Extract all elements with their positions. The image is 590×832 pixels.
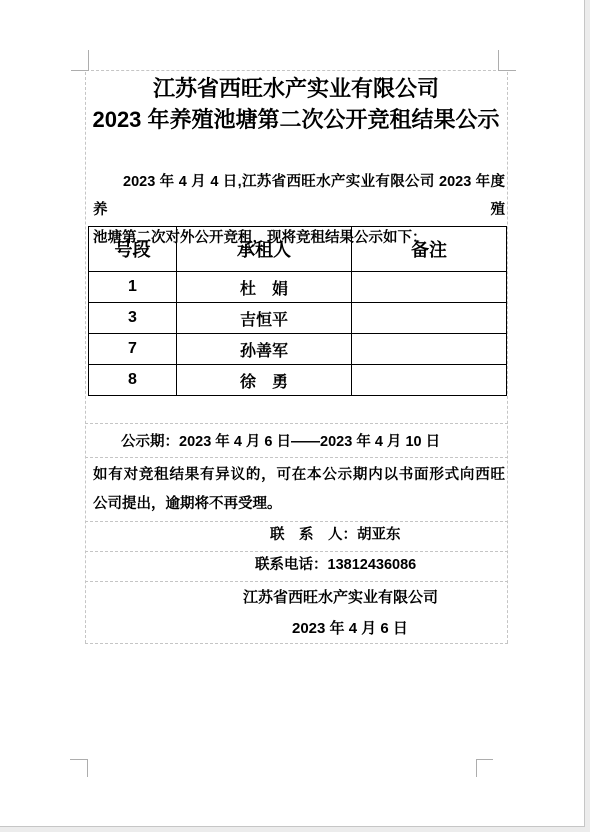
result-table-header-row: 号段 承租人 备注 (89, 227, 507, 272)
text-boundary-row (85, 581, 508, 582)
column-header-number: 号段 (89, 227, 177, 272)
table-row: 8 徐 勇 (89, 365, 507, 396)
contact-phone: 联系电话：13812436086 (255, 554, 416, 576)
cell-lessee: 孙善军 (177, 334, 352, 365)
objection-line-1: 如有对竞租结果有异议的，可在本公示期内以书面形式向西旺 (93, 461, 505, 490)
text-boundary-top (91, 70, 496, 71)
document-page[interactable]: 江苏省西旺水产实业有限公司 2023 年养殖池塘第二次公开竞租结果公示 2023… (0, 0, 585, 827)
column-header-lessee: 承租人 (177, 227, 352, 272)
crop-mark-top-right (498, 70, 516, 71)
publicity-period: 公示期：2023 年 4 月 6 日——2023 年 4 月 10 日 (121, 431, 440, 453)
objection-line-2: 公司提出，逾期将不再受理。 (93, 490, 505, 519)
cell-lessee: 徐 勇 (177, 365, 352, 396)
result-table: 号段 承租人 备注 1 杜 娟 3 吉恒平 7 孙善军 (88, 226, 507, 396)
crop-mark-top-right (498, 50, 499, 71)
text-boundary-row (85, 423, 508, 424)
title-line-1: 江苏省西旺水产实业有限公司 (85, 73, 507, 104)
title-line-2: 2023 年养殖池塘第二次公开竞租结果公示 (85, 104, 507, 135)
text-boundary-row (85, 643, 508, 644)
objection-paragraph: 如有对竞租结果有异议的，可在本公示期内以书面形式向西旺 公司提出，逾期将不再受理… (93, 461, 505, 519)
crop-mark-bottom-left (87, 759, 88, 777)
cell-remarks (352, 272, 507, 303)
signature-date: 2023 年 4 月 6 日 (292, 618, 408, 640)
crop-mark-top-left (71, 70, 88, 71)
cell-number: 1 (89, 272, 177, 303)
cell-remarks (352, 334, 507, 365)
crop-mark-bottom-right (476, 759, 493, 760)
crop-mark-bottom-left (70, 759, 87, 760)
cell-number: 3 (89, 303, 177, 334)
text-boundary-row (85, 521, 508, 522)
intro-line-1: 2023 年 4 月 4 日,江苏省西旺水产实业有限公司 2023 年度养殖 (93, 168, 505, 224)
cell-lessee: 吉恒平 (177, 303, 352, 334)
cell-remarks (352, 365, 507, 396)
signature-company: 江苏省西旺水产实业有限公司 (243, 587, 438, 609)
table-row: 1 杜 娟 (89, 272, 507, 303)
crop-mark-top-left (88, 50, 89, 71)
table-row: 3 吉恒平 (89, 303, 507, 334)
document-title: 江苏省西旺水产实业有限公司 2023 年养殖池塘第二次公开竞租结果公示 (85, 73, 507, 135)
cell-number: 7 (89, 334, 177, 365)
contact-person: 联 系 人：胡亚东 (270, 524, 401, 546)
cell-lessee: 杜 娟 (177, 272, 352, 303)
table-row: 7 孙善军 (89, 334, 507, 365)
cell-number: 8 (89, 365, 177, 396)
text-boundary-right (507, 72, 508, 643)
column-header-remarks: 备注 (352, 227, 507, 272)
text-boundary-left (85, 72, 86, 643)
text-boundary-row (85, 457, 508, 458)
document-canvas: 江苏省西旺水产实业有限公司 2023 年养殖池塘第二次公开竞租结果公示 2023… (0, 0, 590, 832)
text-boundary-row (85, 551, 508, 552)
cell-remarks (352, 303, 507, 334)
crop-mark-bottom-right (476, 759, 477, 777)
